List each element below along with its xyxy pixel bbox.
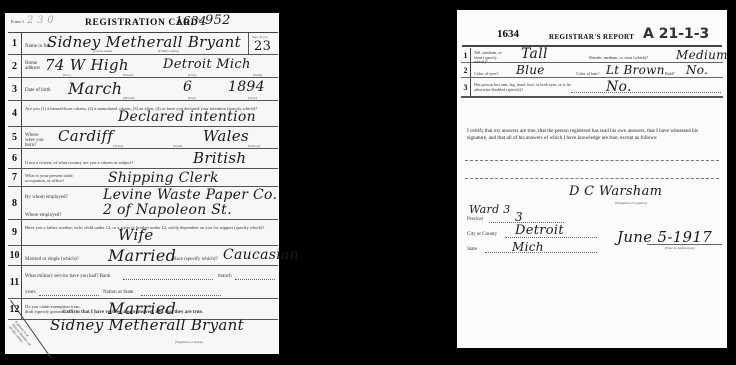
row-number: 1 [461, 48, 471, 62]
field-label: Color of eyes? [474, 71, 498, 76]
field-label: Date of birth [25, 88, 51, 93]
row-number: 6 [8, 149, 22, 168]
field-label: Slender, medium, or stout (which)? [589, 55, 648, 60]
row-name: 1 Name in full Sidney Metherall Bryant (… [8, 33, 278, 55]
nation-label: Nation or State [103, 290, 133, 295]
report-code: A 21-1-3 [643, 26, 709, 42]
age-box: Age, in yrs. 23 [248, 33, 278, 54]
state-value: Mich [512, 240, 544, 254]
sublabel: (Day) [188, 96, 196, 100]
race-label: Race (specify which)? [173, 257, 218, 262]
years-label: years [25, 290, 36, 295]
row-build: 1 Tall, medium, or short (specify which)… [461, 48, 723, 63]
row-citizenship: 4 Are you (1) a natural-born citizen, (2… [8, 101, 278, 127]
branch-label: branch [218, 274, 232, 279]
registrant-signature: Sidney Metherall Bryant [50, 316, 244, 334]
row-eyes-hair: 2 Color of eyes? Blue Color of hair? Lt … [461, 63, 723, 78]
address-street: 74 W High [45, 56, 129, 74]
sublabel: (Given name) [93, 49, 112, 53]
sublabel: (Month) [123, 96, 135, 100]
row-disability: 3 Has person lost arm, leg, hand, foot, … [461, 78, 723, 98]
exceptions-line [465, 160, 719, 161]
form-label: Form 1 [11, 19, 24, 24]
field-label: Color of hair? [576, 71, 600, 76]
card-number: 952 [205, 13, 231, 28]
marital-value: Married [108, 246, 176, 265]
row-date-of-birth: 3 Date of birth March 6 1894 (Month) (Da… [8, 78, 278, 101]
row-occupation: 7 What is your present trade, occupation… [8, 169, 278, 187]
address-city: Detroit Mich [163, 57, 251, 72]
sublabel: (Street) [123, 73, 134, 77]
precinct-label: Precinct [467, 217, 483, 222]
employer-value: Levine Waste Paper Co. [103, 187, 277, 203]
exceptions-line [465, 178, 719, 179]
sublabel: (Town) [113, 144, 123, 148]
birth-year: 1894 [228, 79, 265, 95]
bald-value: No. [686, 63, 708, 77]
build-value: Medium [676, 48, 728, 62]
no-label: No. [197, 19, 204, 24]
row-military: 11 What military service have you had? R… [8, 266, 278, 299]
field-label: Bald? [665, 71, 675, 76]
field-label: Married or single (which)? [25, 257, 79, 262]
row-employer: 8 By whom employed? Levine Waste Paper C… [8, 187, 278, 220]
dependents-value: Wife [118, 226, 154, 244]
report-rows: 1 Tall, medium, or short (specify which)… [461, 48, 723, 98]
field-label: By whom employed? [25, 195, 68, 200]
field-label: If not a citizen, of what country are yo… [25, 160, 133, 165]
sublabel: (State) [253, 73, 262, 77]
signature-caption: (Signature or mark) [175, 340, 203, 344]
report-title: REGISTRAR'S REPORT [549, 33, 634, 41]
field-label: What military service have you had? Rank [25, 274, 110, 279]
registrar-signature: D C Warsham [569, 184, 662, 199]
ward-note: Ward 3 [469, 203, 511, 216]
pencil-mark: 2 3 0 [27, 15, 54, 26]
row-number: 4 [8, 101, 22, 126]
row-address: 2 Home address 74 W High Detroit Mich (N… [8, 55, 278, 78]
field-label: What is your present trade, occupation, … [25, 173, 85, 183]
sublabel: (No.) [63, 73, 70, 77]
occupation-value: Shipping Clerk [108, 170, 219, 186]
registration-card: Form 1 2 3 0 REGISTRATION CARD 1634 No. … [5, 13, 279, 354]
citizenship-value: Declared intention [118, 109, 256, 125]
years-line [39, 295, 99, 296]
birth-day: 6 [183, 79, 192, 95]
height-value: Tall [521, 46, 548, 62]
report-serial: 1634 [497, 28, 519, 40]
row-number: 2 [461, 63, 471, 77]
field-label: Where employed? [25, 213, 62, 218]
affirmation-text: I affirm that I have verified above answ… [63, 310, 203, 315]
field-label: Home address [25, 61, 39, 71]
row-number: 11 [8, 266, 22, 298]
birth-town: Cardiff [58, 127, 113, 145]
sublabel: (City) [188, 73, 196, 77]
rank-line [123, 279, 213, 280]
registrar-caption: (Signature of registrar) [615, 201, 647, 205]
date-line [647, 244, 722, 245]
race-value: Caucasian [223, 247, 299, 263]
city-label: City or County [467, 232, 497, 237]
date-caption: (Date of registration) [665, 246, 695, 250]
row-marital-race: 10 Married or single (which)? Married Ra… [8, 246, 278, 266]
precinct-value: 3 [515, 210, 523, 224]
birth-month: March [68, 79, 122, 98]
birth-nation: Wales [203, 127, 249, 145]
answer-line [571, 92, 721, 93]
branch-line [235, 279, 275, 280]
row-number: 5 [8, 127, 22, 148]
row-number: 2 [8, 55, 22, 77]
corner-note: If person is of African descent, cut off… [8, 320, 36, 351]
age-value: 23 [254, 39, 271, 54]
employer-location: 2 of Napoleon St. [103, 202, 232, 218]
row-number: 3 [461, 78, 471, 96]
row-number: 12 [8, 299, 22, 319]
row-number: 7 [8, 169, 22, 186]
row-number: 10 [8, 246, 22, 265]
row-number: 1 [8, 33, 22, 54]
field-label: Where were you born? [25, 133, 45, 148]
field-label: Has person lost arm, leg, hand, foot, or… [474, 82, 574, 92]
question-rows: 1 Name in full Sidney Metherall Bryant (… [8, 32, 278, 320]
row-number: 8 [8, 187, 22, 219]
row-dependents: 9 Have you a father, mother, wife, child… [8, 220, 278, 246]
sublabel: (Family name) [158, 49, 179, 53]
row-number: 9 [8, 220, 22, 245]
certification-text: I certify that my answers are true, that… [467, 128, 719, 142]
sublabel: (State) [173, 144, 182, 148]
state-label: State [467, 247, 477, 252]
hair-color-value: Lt Brown [606, 63, 665, 77]
row-number: 3 [8, 78, 22, 100]
city-value: Detroit [515, 223, 564, 238]
eye-color-value: Blue [516, 63, 545, 77]
sublabel: (Year) [248, 96, 257, 100]
name-value: Sidney Metherall Bryant [47, 33, 241, 51]
header-rule [462, 45, 722, 47]
country-value: British [193, 149, 246, 167]
row-country: 6 If not a citizen, of what country are … [8, 149, 278, 169]
registrars-report-card: 1634 REGISTRAR'S REPORT A 21-1-3 1 Tall,… [457, 10, 727, 348]
sublabel: (Nation) [248, 144, 260, 148]
row-birthplace: 5 Where were you born? Cardiff Wales (To… [8, 127, 278, 149]
card-header: Form 1 2 3 0 REGISTRATION CARD 1634 No. … [5, 13, 279, 32]
nation-line [141, 295, 221, 296]
